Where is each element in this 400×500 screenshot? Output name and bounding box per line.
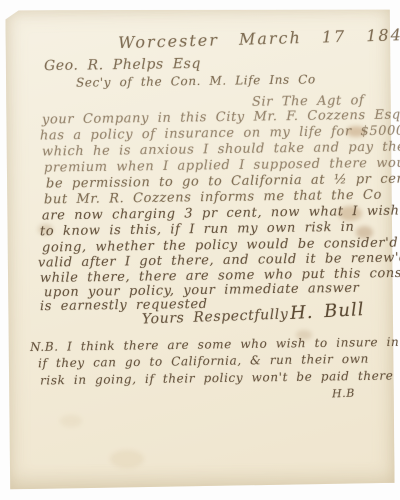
letter-scan: Worcester March 17 1849 Geo. R. Phelps E…: [0, 0, 400, 500]
letter-signature: H. Bull: [290, 303, 365, 321]
letter-postscript-initials: H.B: [332, 387, 355, 402]
letter-recipient-name: Geo. R. Phelps Esq: [44, 57, 201, 73]
